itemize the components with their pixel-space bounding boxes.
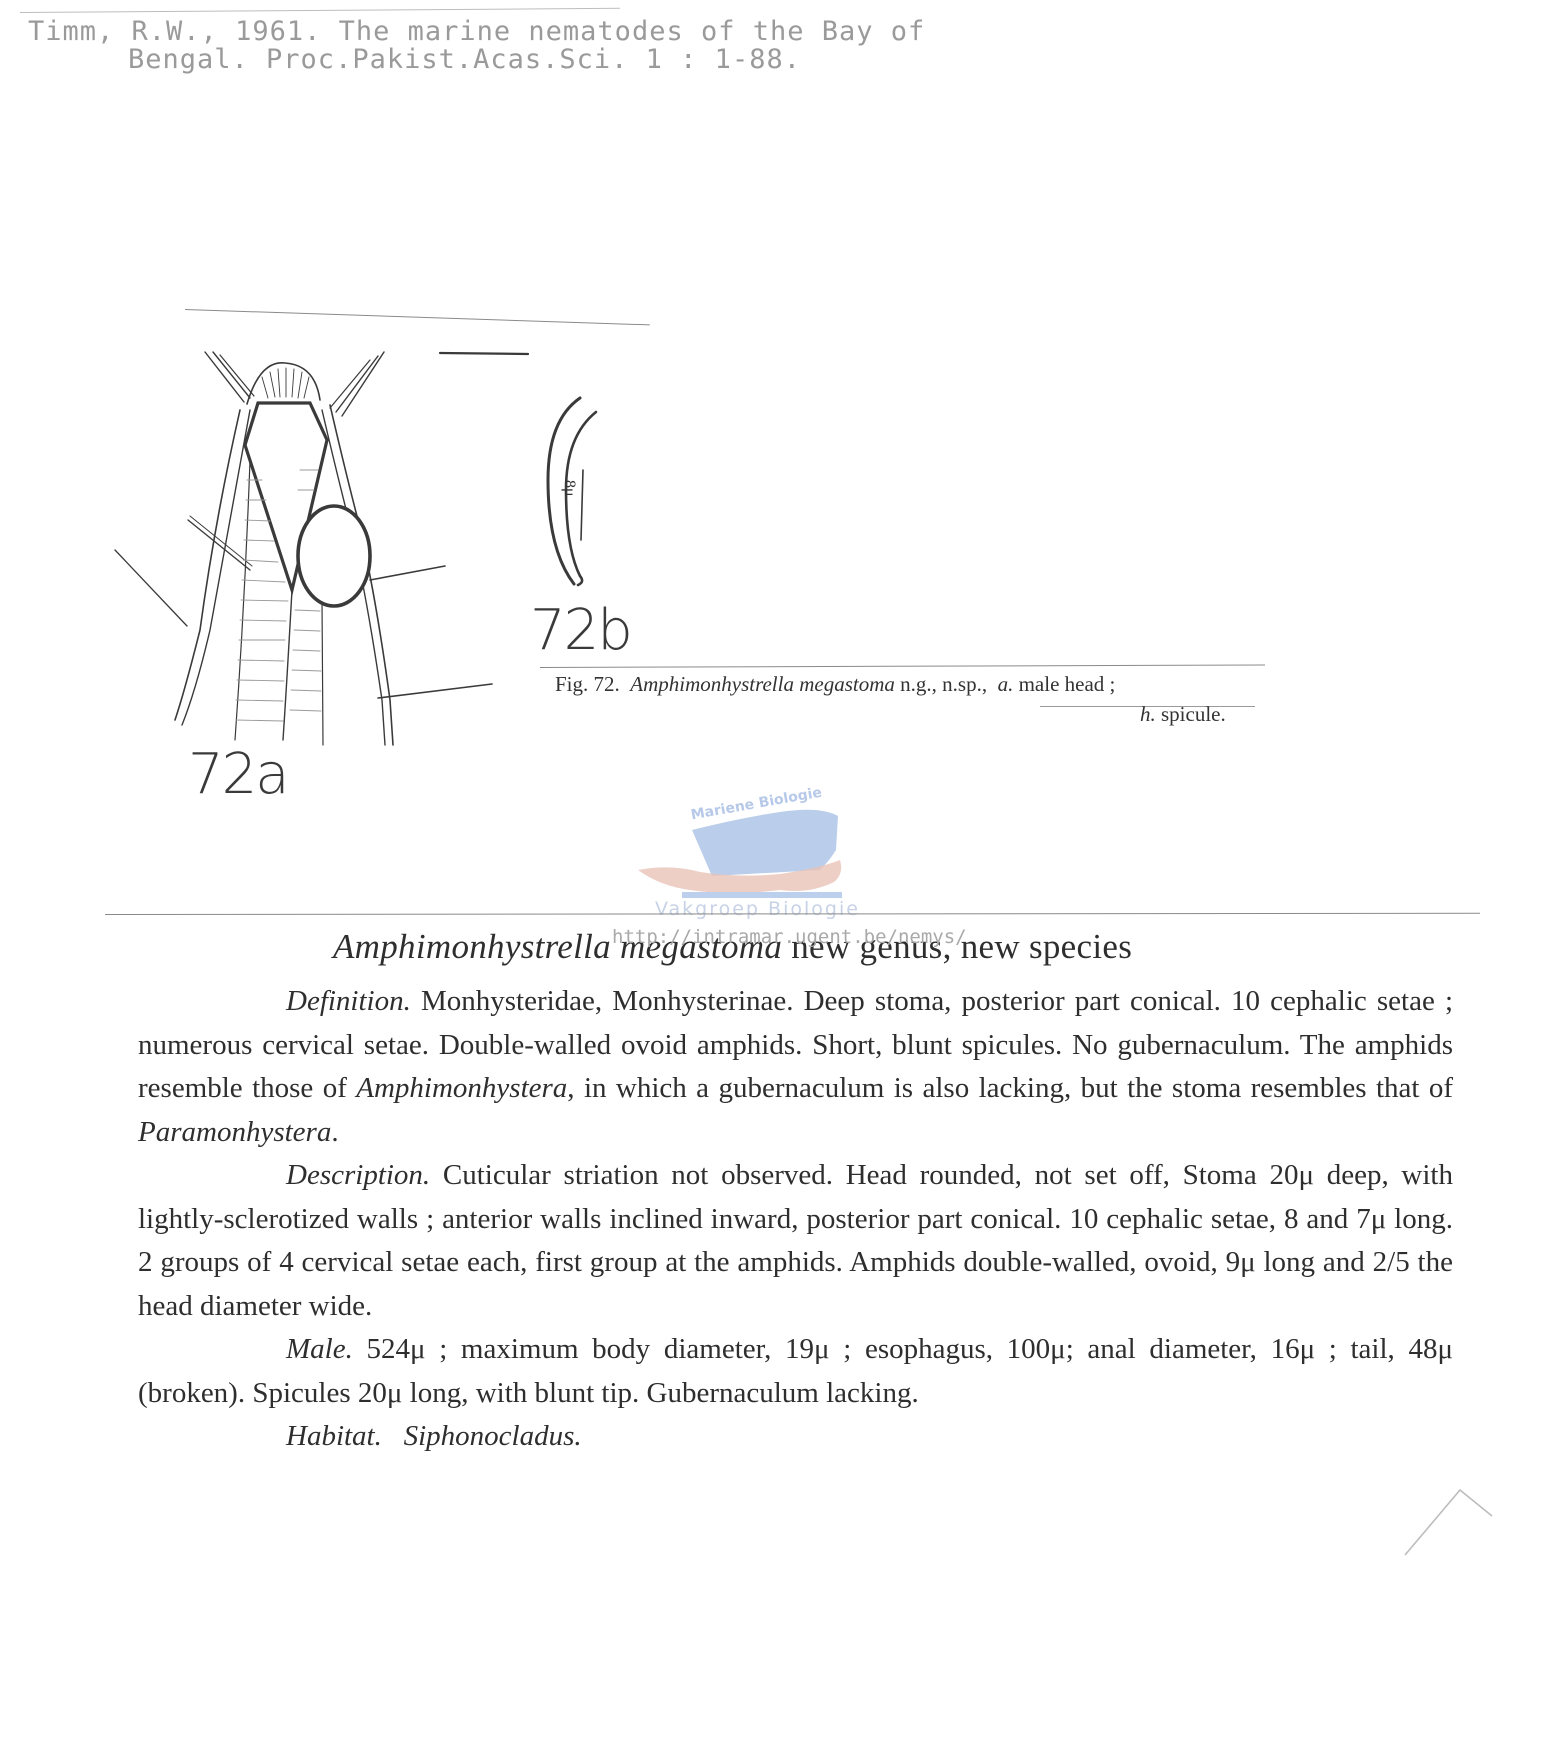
watermark-bottom-text: Vakgroep Biologie [655,898,860,920]
caption-species: Amphimonhystrella megastoma [630,672,895,696]
definition-italic-2: Paramonhystera [138,1116,331,1148]
definition-text-2: , in which a gubernaculum is also lackin… [567,1072,1453,1104]
caption-part-b-text: spicule. [1161,702,1226,726]
caption-suffix: n.g., n.sp., [900,672,987,696]
figure-label-72b: 72b [530,598,631,663]
caption-part-b-letter: h. [1140,702,1156,726]
figure-caption: Fig. 72. Amphimonhystrella megastoma n.g… [555,672,1115,697]
figure-caption-line-2: h. spicule. [1140,702,1226,727]
citation-line-1: Timm, R.W., 1961. The marine nematodes o… [28,16,925,47]
definition-italic-1: Amphimonhystera [356,1072,567,1104]
definition-text-3: . [331,1116,338,1148]
caption-rule [540,664,1265,668]
caption-prefix: Fig. 72. [555,672,620,696]
caption-part-a-letter: a. [998,672,1014,696]
male-paragraph: Male. 524μ ; maximum body diameter, 19μ … [138,1328,1453,1415]
figure-label-72a: 72a [188,742,288,807]
habitat-lead: Habitat. [286,1420,382,1452]
figure-top-rule [185,309,650,325]
species-description-body: Definition. Monhysteridae, Monhysterinae… [138,980,1453,1459]
male-lead: Male. [286,1333,353,1365]
description-paragraph: Description. Cuticular striation not obs… [138,1154,1453,1328]
citation-line-2: Bengal. Proc.Pakist.Acas.Sci. 1 : 1-88. [128,44,801,75]
definition-paragraph: Definition. Monhysteridae, Monhysterinae… [138,980,1453,1154]
corner-mark [1400,1480,1500,1560]
figure-72a-drawing [100,340,540,760]
definition-lead: Definition. [286,985,411,1017]
caption-part-a-text: male head ; [1019,672,1116,696]
header-rule [20,8,620,13]
spicule-scale-label: 8μ [560,480,578,497]
habitat-value: Siphonocladus. [404,1420,582,1452]
description-lead: Description. [286,1159,430,1191]
watermark-url: http://intramar.ugent.be/nemys/ [612,926,967,948]
habitat-paragraph: Habitat. Siphonocladus. [138,1415,1453,1459]
